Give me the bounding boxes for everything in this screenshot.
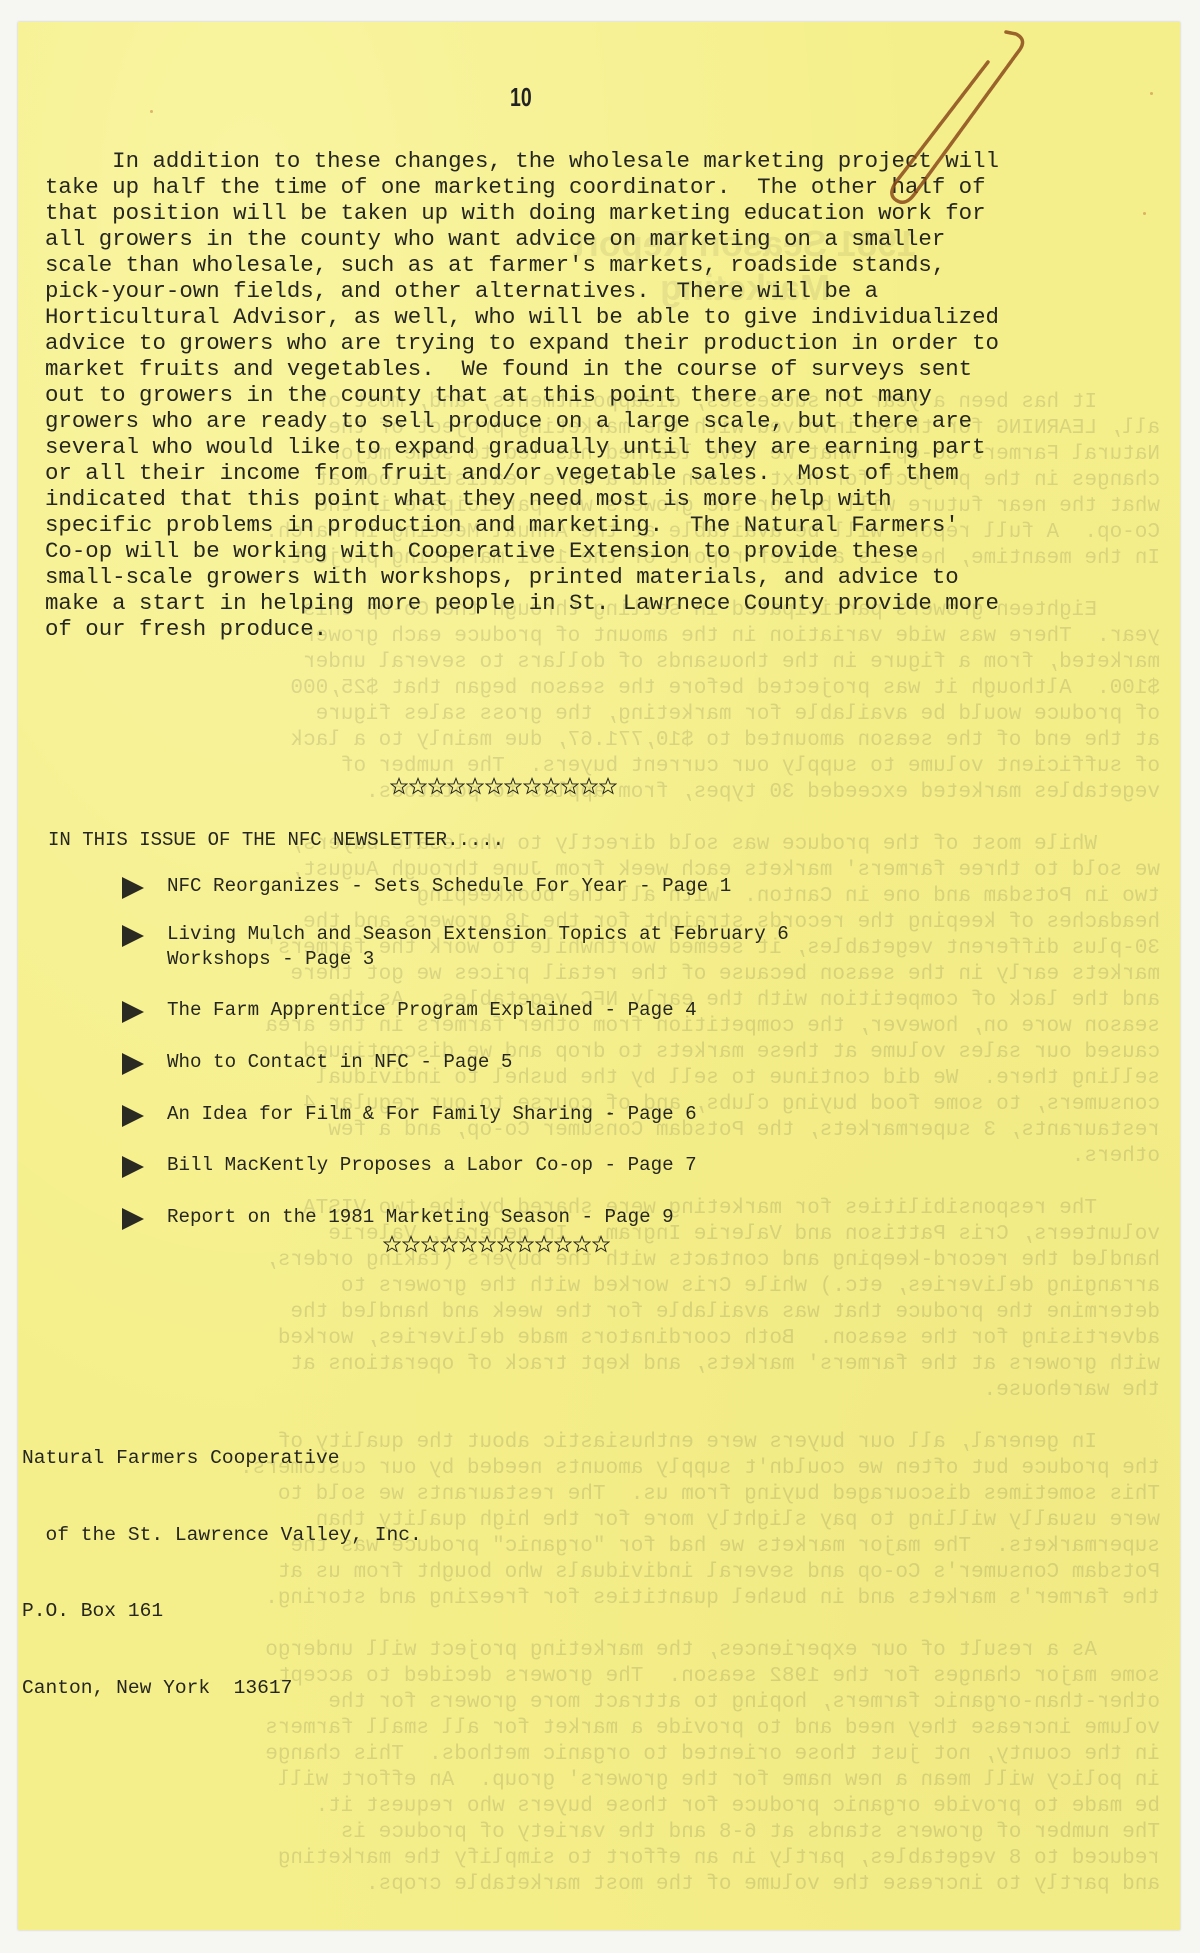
- star-outline-icon: [466, 777, 484, 795]
- bleed-through-line: $100. Although it was projected before t…: [330, 676, 1160, 702]
- bleed-through-line: Potsdam Consumer's Co-op and several ind…: [330, 1560, 1160, 1586]
- bleed-through-line: other-than-organic farmers, hoping to at…: [330, 1690, 1160, 1716]
- body-line: growers who are ready to sell produce on…: [45, 408, 999, 434]
- bleed-through-line: and partly to increase the volume of the…: [330, 1872, 1160, 1898]
- body-line: advice to growers who are trying to expa…: [45, 330, 999, 356]
- triangle-right-icon: [122, 877, 144, 899]
- issue-list-item: The Farm Apprentice Program Explained - …: [122, 998, 697, 1023]
- issue-item-title: Who to Contact in NFC - Page 5: [167, 1050, 512, 1075]
- bleed-through-line: reduced to 8 vegetables, partly in an ef…: [330, 1846, 1160, 1872]
- issue-item-title: The Farm Apprentice Program Explained - …: [167, 998, 697, 1023]
- star-outline-icon: [383, 1235, 401, 1253]
- bleed-through-line: [330, 1404, 1160, 1430]
- stain-speck: [1143, 212, 1146, 215]
- issue-list-item: Report on the 1981 Marketing Season - Pa…: [122, 1205, 674, 1230]
- star-outline-icon: [447, 777, 465, 795]
- mailing-address: Natural Farmers Cooperative of the St. L…: [22, 1395, 422, 1752]
- body-line: take up half the time of one marketing c…: [45, 174, 999, 200]
- body-line: Co-op will be working with Cooperative E…: [45, 538, 999, 564]
- bleed-through-line: supermarkets. The major markets we had f…: [330, 1534, 1160, 1560]
- bleed-through-line: were usually willing to pay slightly mor…: [330, 1508, 1160, 1534]
- bleed-through-line: marketed, from a figure in the thousands…: [330, 650, 1160, 676]
- body-line: In addition to these changes, the wholes…: [45, 148, 999, 174]
- star-outline-icon: [497, 1235, 515, 1253]
- star-outline-icon: [580, 777, 598, 795]
- star-divider-top: [390, 777, 617, 795]
- bleed-through-line: some major changes for the 1982 season. …: [330, 1664, 1160, 1690]
- stain-speck: [150, 110, 153, 113]
- body-line: indicated that this point what they need…: [45, 486, 999, 512]
- body-line: scale than wholesale, such as at farmer'…: [45, 252, 999, 278]
- page-number: 10: [510, 82, 532, 113]
- newsletter-page: 1981 Season Report Marketing It has been…: [18, 22, 1180, 1930]
- body-line: Horticultural Advisor, as well, who will…: [45, 304, 999, 330]
- body-line: specific problems in production and mark…: [45, 512, 999, 538]
- issue-item-title: NFC Reorganizes - Sets Schedule For Year…: [167, 874, 731, 899]
- issue-list-item: Bill MacKently Proposes a Labor Co-op - …: [122, 1153, 697, 1178]
- address-line-org-2: of the St. Lawrence Valley, Inc.: [22, 1523, 422, 1549]
- star-outline-icon: [561, 777, 579, 795]
- star-outline-icon: [428, 777, 446, 795]
- triangle-right-icon: [122, 1156, 144, 1178]
- star-outline-icon: [409, 777, 427, 795]
- body-line: out to growers in the county that at thi…: [45, 382, 999, 408]
- bleed-through-line: the warehouse.: [330, 1378, 1160, 1404]
- issue-item-title: Bill MacKently Proposes a Labor Co-op - …: [167, 1153, 697, 1178]
- address-line-org: Natural Farmers Cooperative: [22, 1446, 422, 1472]
- bleed-through-line: of produce would be available for market…: [330, 702, 1160, 728]
- star-outline-icon: [421, 1235, 439, 1253]
- star-outline-icon: [485, 777, 503, 795]
- bleed-through-line: be made to provide organic produce for t…: [330, 1794, 1160, 1820]
- body-line: make a start in helping more people in S…: [45, 590, 999, 616]
- body-paragraph: In addition to these changes, the wholes…: [45, 148, 999, 642]
- star-outline-icon: [478, 1235, 496, 1253]
- body-line: all growers in the county who want advic…: [45, 226, 999, 252]
- address-line-po-box: P.O. Box 161: [22, 1599, 422, 1625]
- bleed-through-line: determine the produce that was available…: [330, 1300, 1160, 1326]
- body-line: several who would like to expand gradual…: [45, 434, 999, 460]
- star-outline-icon: [390, 777, 408, 795]
- triangle-right-icon: [122, 1208, 144, 1230]
- bleed-through-line: in policy will mean a new name for the g…: [330, 1768, 1160, 1794]
- issue-list-item: Who to Contact in NFC - Page 5: [122, 1050, 512, 1075]
- issue-item-title: Living Mulch and Season Extension Topics…: [167, 922, 789, 972]
- star-outline-icon: [504, 777, 522, 795]
- body-line: or all their income from fruit and/or ve…: [45, 460, 999, 486]
- star-outline-icon: [554, 1235, 572, 1253]
- triangle-right-icon: [122, 1053, 144, 1075]
- address-line-city: Canton, New York 13617: [22, 1676, 422, 1702]
- star-outline-icon: [535, 1235, 553, 1253]
- bleed-through-line: As a result of our experiences, the mark…: [330, 1638, 1160, 1664]
- stain-speck: [1150, 92, 1153, 95]
- bleed-through-line: in the county, not just those oriented t…: [330, 1742, 1160, 1768]
- stain-speck: [608, 1112, 611, 1115]
- bleed-through-line: [330, 1612, 1160, 1638]
- body-line: market fruits and vegetables. We found i…: [45, 356, 999, 382]
- star-divider-bottom: [383, 1235, 610, 1253]
- issue-list-item: Living Mulch and Season Extension Topics…: [122, 922, 789, 972]
- star-outline-icon: [402, 1235, 420, 1253]
- body-line: small-scale growers with workshops, prin…: [45, 564, 999, 590]
- star-outline-icon: [516, 1235, 534, 1253]
- star-outline-icon: [573, 1235, 591, 1253]
- issue-list-item: NFC Reorganizes - Sets Schedule For Year…: [122, 874, 731, 899]
- star-outline-icon: [542, 777, 560, 795]
- star-outline-icon: [592, 1235, 610, 1253]
- star-outline-icon: [599, 777, 617, 795]
- bleed-through-line: the produce but often we couldn't supply…: [330, 1456, 1160, 1482]
- bleed-through-line: advertising for the season. Both coordin…: [330, 1326, 1160, 1352]
- body-line: of our fresh produce.: [45, 616, 999, 642]
- triangle-right-icon: [122, 1001, 144, 1023]
- triangle-right-icon: [122, 1105, 144, 1127]
- bleed-through-line: The number of growers stands at 6-8 and …: [330, 1820, 1160, 1846]
- bleed-through-line: In general, all our buyers were enthusia…: [330, 1430, 1160, 1456]
- body-line: that position will be taken up with doin…: [45, 200, 999, 226]
- issue-item-title: An Idea for Film & For Family Sharing - …: [167, 1102, 697, 1127]
- bleed-through-line: the farmer's markets and in bushel quant…: [330, 1586, 1160, 1612]
- star-outline-icon: [523, 777, 541, 795]
- star-outline-icon: [440, 1235, 458, 1253]
- issue-item-title: Report on the 1981 Marketing Season - Pa…: [167, 1205, 674, 1230]
- issue-heading: IN THIS ISSUE OF THE NFC NEWSLETTER.....: [48, 828, 504, 852]
- bleed-through-line: This sometimes discouraged buying from u…: [330, 1482, 1160, 1508]
- body-line: pick-your-own fields, and other alternat…: [45, 278, 999, 304]
- bleed-through-line: arranging deliveries, etc.) while Cris w…: [330, 1274, 1160, 1300]
- star-outline-icon: [459, 1235, 477, 1253]
- bleed-through-line: at the end of the season amounted to $10…: [330, 728, 1160, 754]
- bleed-through-line: with growers at the farmers' markets, an…: [330, 1352, 1160, 1378]
- triangle-right-icon: [122, 925, 144, 947]
- bleed-through-line: volume increase they need and to provide…: [330, 1716, 1160, 1742]
